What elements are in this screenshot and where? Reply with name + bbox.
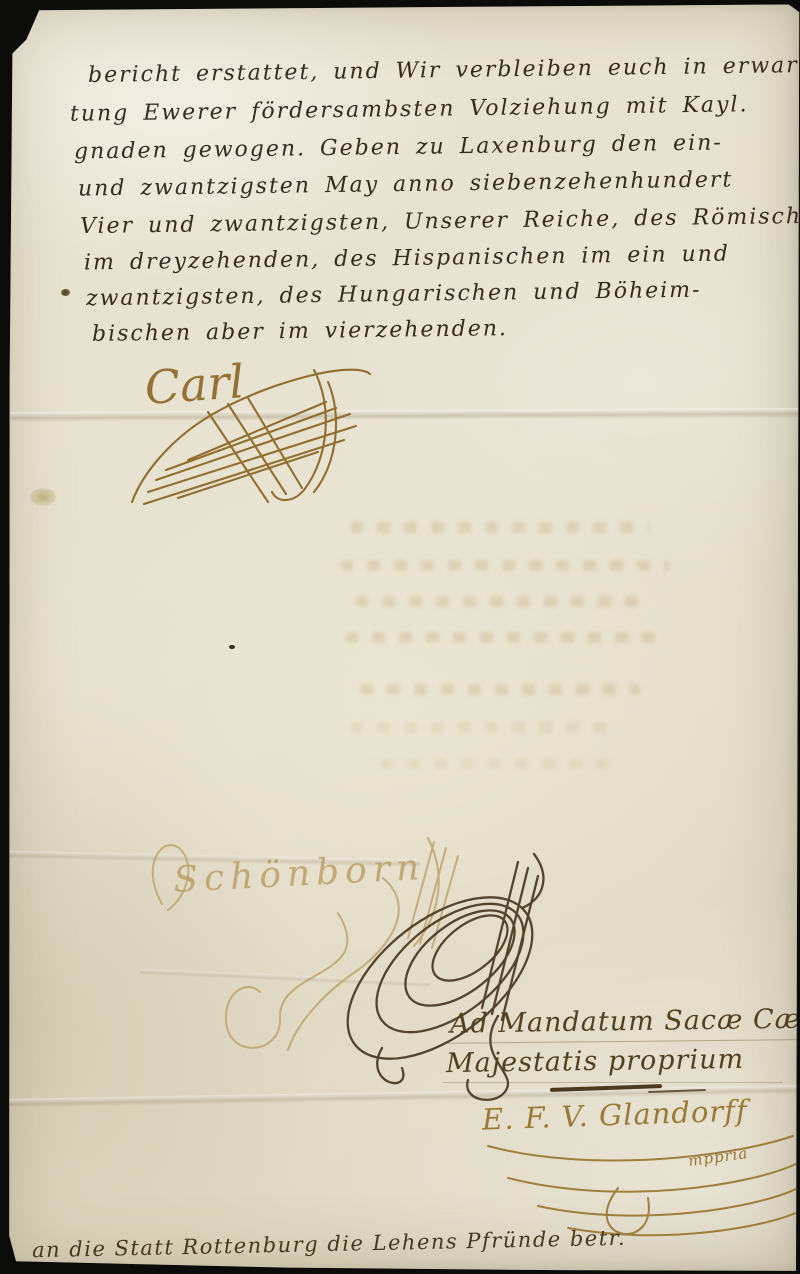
- mandatum-line-1: Ad Mandatum Sacæ Cæs:: [450, 1003, 800, 1039]
- mandatum-line-2: Majestatis proprium: [446, 1044, 744, 1079]
- bleed-through-line: [355, 596, 645, 607]
- letter-body-line: tung Ewerer fördersambsten Volziehung mi…: [70, 92, 749, 126]
- scanned-document: bericht erstattet, und Wir verbleiben eu…: [0, 0, 800, 1274]
- letter-body-line: zwantzigsten, des Hungarischen und Böhei…: [86, 278, 702, 312]
- ink-spot: [229, 645, 235, 649]
- bleed-through-line: [340, 560, 670, 571]
- bleed-through-line: [380, 758, 620, 769]
- letter-body-line: bischen aber im vierzehenden.: [92, 316, 508, 347]
- stain: [30, 488, 56, 506]
- letter-body-line: gnaden gewogen. Geben zu Laxenburg den e…: [74, 130, 723, 164]
- letter-body-line: und zwantzigsten May anno siebenzehenhun…: [78, 167, 734, 201]
- emperor-signature-block: Carl: [118, 352, 388, 517]
- letter-body-line: im dreyzehenden, des Hispanischen im ein…: [84, 241, 730, 275]
- bleed-through-line: [350, 722, 610, 733]
- ink-dash: [648, 1089, 706, 1093]
- underline-stroke: [443, 1082, 783, 1083]
- bleed-through-line: [350, 522, 650, 533]
- ink-spot: [61, 289, 70, 296]
- letter-body-line: bericht erstattet, und Wir verbleiben eu…: [88, 53, 800, 88]
- letter-body-line: Vier und zwantzigsten, Unserer Reiche, d…: [80, 204, 800, 239]
- bleed-through-line: [345, 632, 665, 643]
- manuscript-page: bericht erstattet, und Wir verbleiben eu…: [0, 0, 800, 1274]
- bleed-through-line: [360, 684, 640, 695]
